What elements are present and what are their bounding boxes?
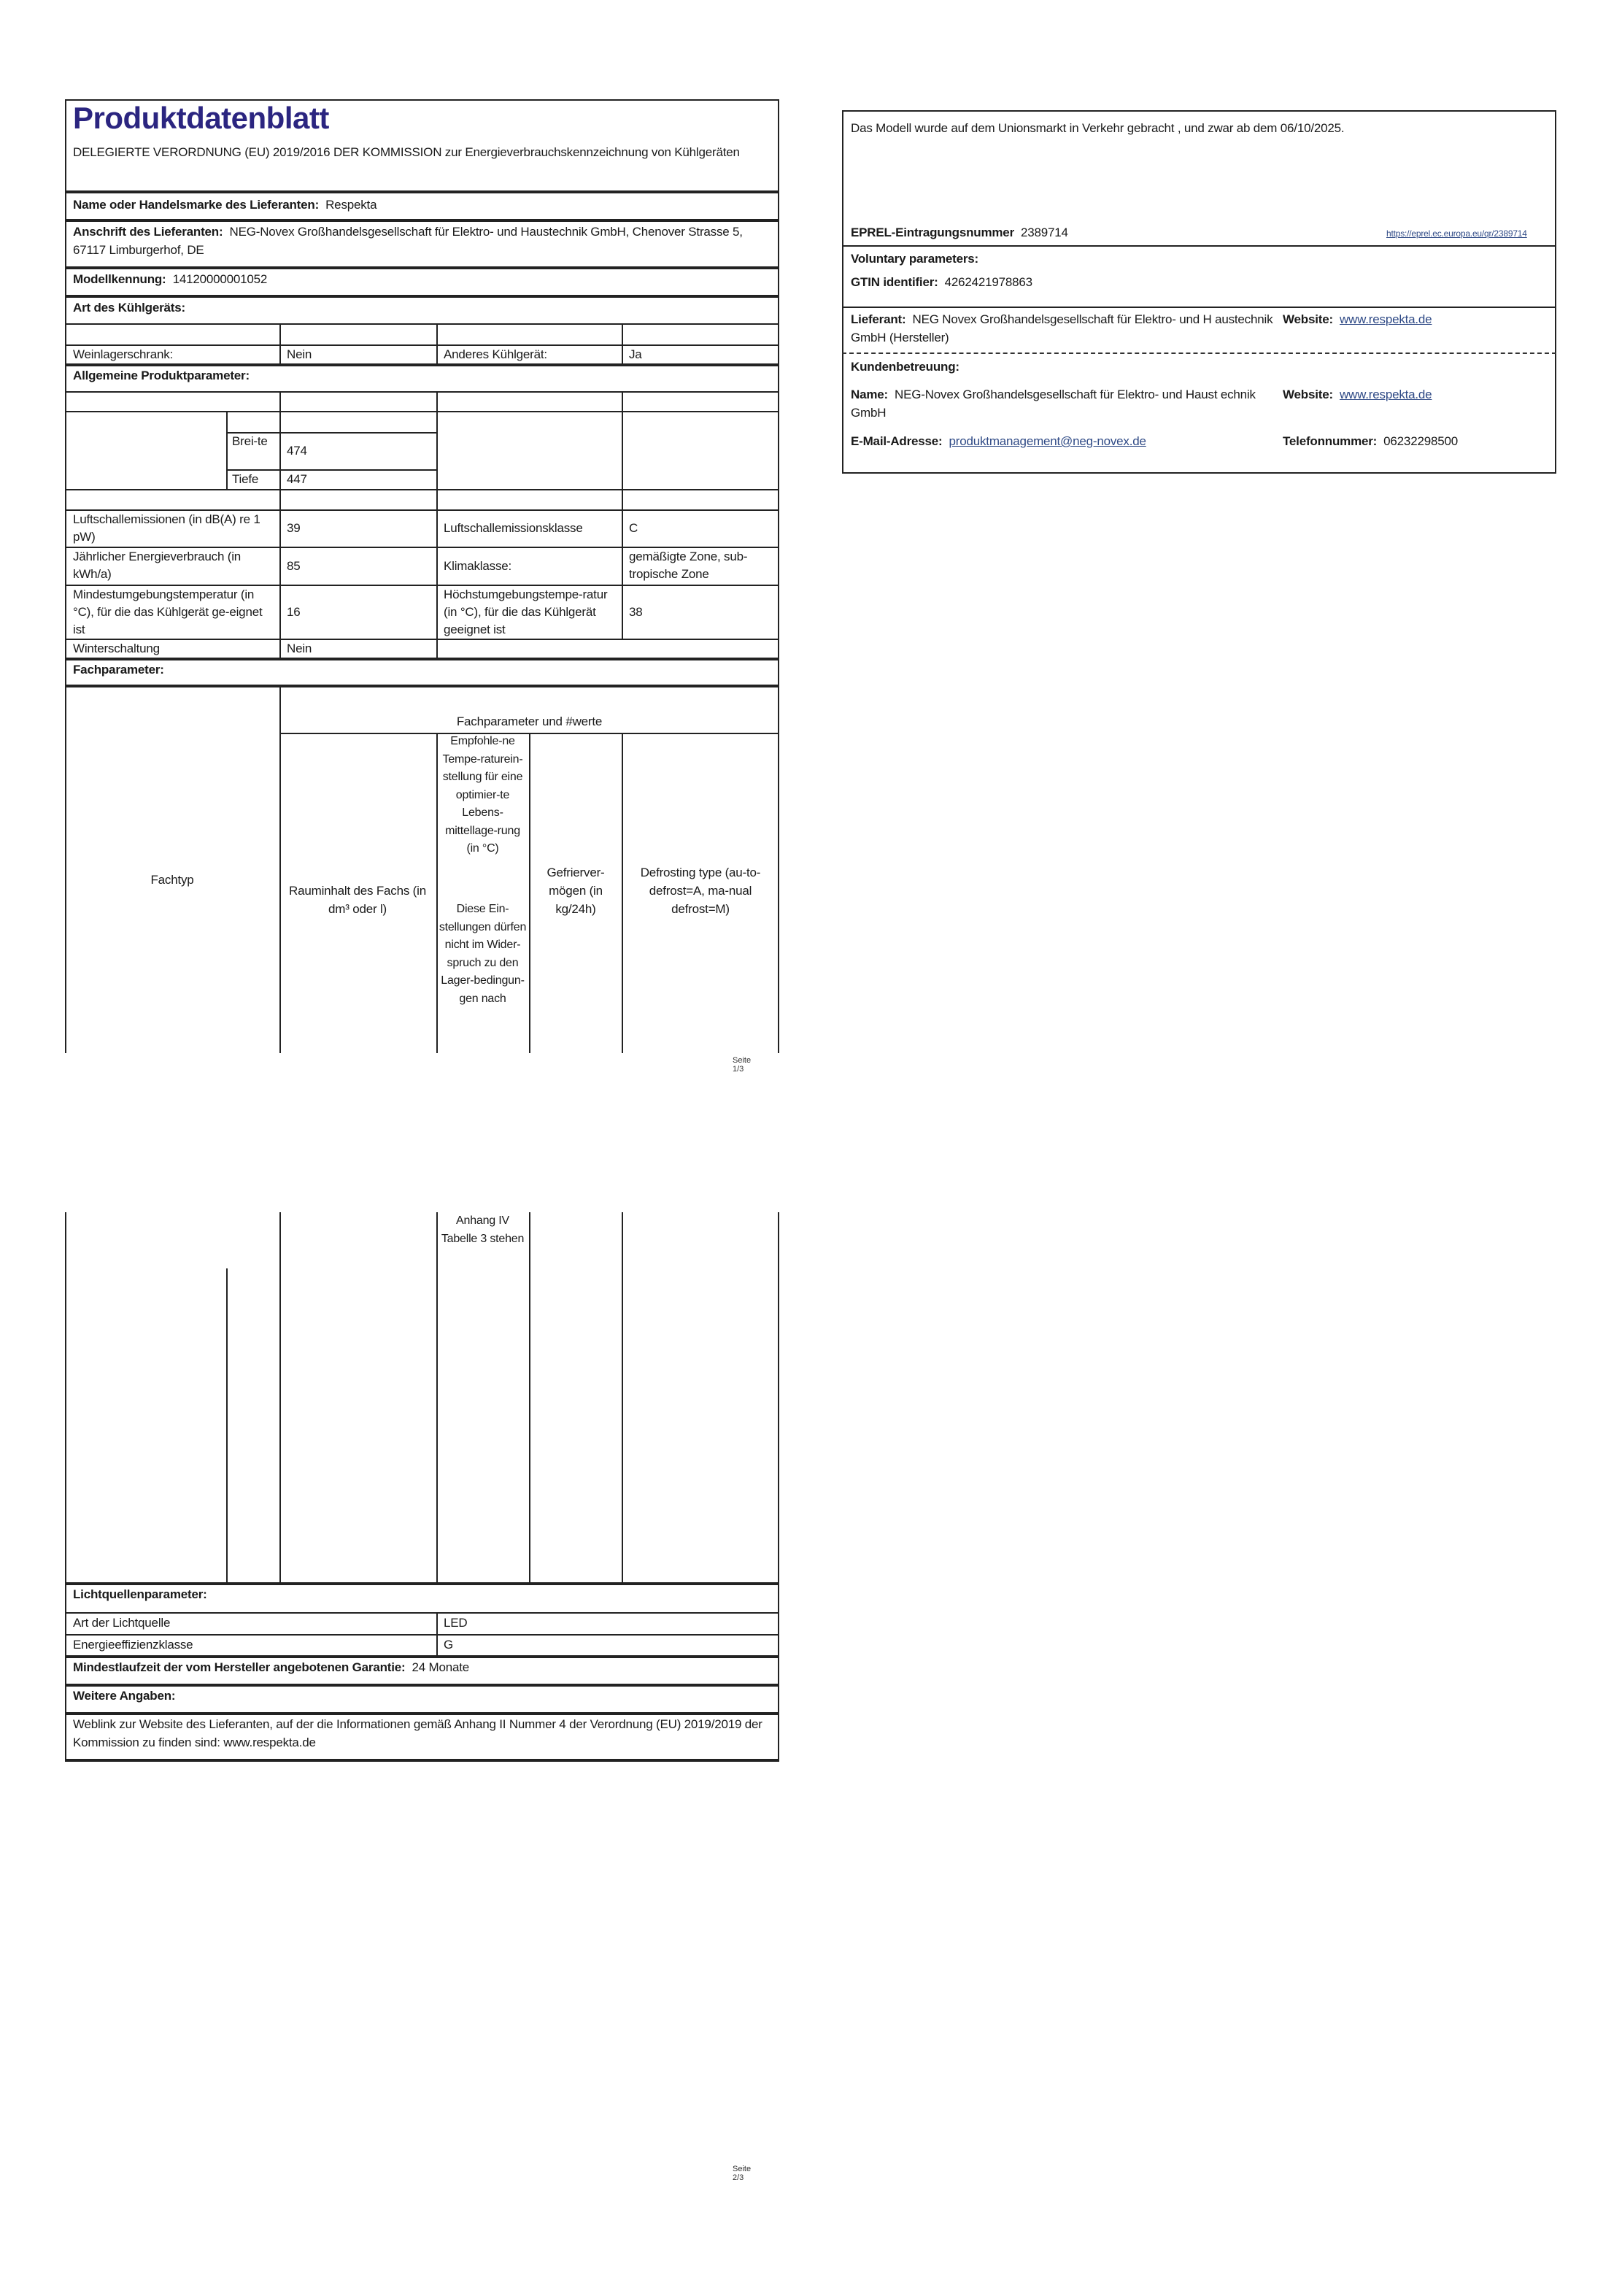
- table-border-right: [778, 1583, 779, 1760]
- width-label: Brei-te: [232, 433, 269, 450]
- email-link[interactable]: produktmanagement@neg-novex.de: [949, 434, 1146, 448]
- divider: [65, 685, 779, 687]
- supplier-row: Lieferant: NEG Novex Großhandelsgesellsc…: [851, 310, 1274, 347]
- warranty-row: Mindestlaufzeit der vom Hersteller angeb…: [73, 1658, 469, 1676]
- table-border-bottom: [842, 472, 1556, 474]
- warranty-value: 24 Monate: [412, 1660, 470, 1674]
- min-temp-value: 16: [287, 603, 301, 621]
- winter-value: Nein: [287, 639, 312, 658]
- col-divider: [529, 1212, 530, 1583]
- gtin-row: GTIN identifier: 4262421978863: [851, 273, 1032, 291]
- website2-label: Website:: [1283, 388, 1333, 401]
- divider: [65, 219, 779, 222]
- noise-class-label: Luftschallemissionsklasse: [444, 519, 583, 537]
- divider: [65, 391, 779, 393]
- winter-label: Winterschaltung: [73, 639, 160, 658]
- col-divider: [279, 323, 281, 364]
- qr-code-icon[interactable]: [1454, 130, 1533, 209]
- name-row: Name: NEG-Novex Großhandelsgesellschaft …: [851, 385, 1274, 422]
- customer-heading: Kundenbetreuung:: [851, 358, 959, 376]
- divider: [65, 1612, 779, 1614]
- max-temp-value: 38: [629, 603, 643, 621]
- website-label: Website:: [1283, 312, 1333, 326]
- email-row: E-Mail-Adresse: produktmanagement@neg-no…: [851, 432, 1146, 450]
- col-divider: [622, 391, 623, 639]
- page-number: Seite 2/3: [733, 2165, 751, 2182]
- divider: [65, 323, 779, 325]
- col-divider: [436, 1612, 438, 1656]
- divider: [65, 639, 779, 640]
- col-divider: [226, 1268, 228, 1583]
- col-header-freeze: Gefrierver-mögen (in kg/24h): [533, 863, 619, 918]
- noise-label: Luftschallemissionen (in dB(A) re 1 pW): [73, 511, 274, 546]
- appliance-type-heading: Art des Kühlgeräts:: [73, 298, 185, 317]
- name-label: Name:: [851, 388, 888, 401]
- eprel-link[interactable]: https://eprel.ec.europa.eu/qr/2389714: [1386, 225, 1527, 243]
- col-divider: [279, 685, 281, 1053]
- supplier-name-row: Name oder Handelsmarke des Lieferanten: …: [73, 196, 376, 214]
- col-divider: [622, 1212, 623, 1583]
- divider: [65, 489, 779, 490]
- divider: [65, 295, 779, 298]
- col-divider: [226, 411, 228, 489]
- compartment-heading: Fachparameter:: [73, 660, 164, 679]
- divider: [65, 190, 779, 193]
- depth-value: 447: [287, 470, 307, 488]
- wine-cabinet-label: Weinlagerschrank:: [73, 345, 173, 363]
- name-value: NEG-Novex Großhandelsgesellschaft für El…: [851, 388, 1256, 420]
- further-text: Weblink zur Website des Lieferanten, auf…: [73, 1715, 773, 1752]
- gtin-value: 4262421978863: [945, 275, 1032, 289]
- website2-row: Website: www.respekta.de: [1283, 385, 1432, 404]
- energy-value: 85: [287, 557, 301, 575]
- phone-value: 06232298500: [1383, 434, 1458, 448]
- col-divider: [436, 391, 438, 658]
- col-divider: [436, 1212, 438, 1583]
- table-border-left: [842, 110, 843, 473]
- dashed-divider: [842, 353, 1556, 354]
- phone-row: Telefonnummer: 06232298500: [1283, 432, 1458, 450]
- general-heading: Allgemeine Produktparameter:: [73, 366, 250, 385]
- divider: [65, 658, 779, 660]
- model-row: Modellkennung: 14120000001052: [73, 270, 267, 288]
- supplier-label: Lieferant:: [851, 312, 905, 326]
- model-label: Modellkennung:: [73, 272, 166, 286]
- light-class-label: Energieeffizienzklasse: [73, 1636, 193, 1654]
- divider: [65, 411, 779, 412]
- col-divider: [622, 323, 623, 364]
- light-type-label: Art der Lichtquelle: [73, 1614, 170, 1632]
- light-type-value: LED: [444, 1614, 467, 1632]
- website-row: Website: www.respekta.de: [1283, 310, 1432, 328]
- width-value: 474: [287, 442, 307, 460]
- market-text: Das Modell wurde auf dem Unionsmarkt in …: [851, 119, 1344, 137]
- other-appliance-value: Ja: [629, 345, 642, 363]
- gtin-label: GTIN identifier:: [851, 275, 938, 289]
- noise-class-value: C: [629, 519, 638, 537]
- email-label: E-Mail-Adresse:: [851, 434, 942, 448]
- max-temp-label: Höchstumgebungstempe-ratur (in °C), für …: [444, 586, 619, 639]
- page-title: Produktdatenblatt: [73, 101, 329, 136]
- noise-value: 39: [287, 519, 301, 537]
- energy-label: Jährlicher Energieverbrauch (in kWh/a): [73, 548, 277, 583]
- eprel-label: EPREL-Eintragungsnummer: [851, 226, 1014, 239]
- compartment-group-header: Fachparameter und #werte: [279, 712, 779, 731]
- voluntary-heading: Voluntary parameters:: [851, 250, 978, 268]
- website2-link[interactable]: www.respekta.de: [1340, 388, 1432, 401]
- website-link[interactable]: www.respekta.de: [1340, 312, 1432, 326]
- table-border-bottom: [65, 1759, 779, 1762]
- regulation-text: DELEGIERTE VERORDNUNG (EU) 2019/2016 DER…: [73, 143, 759, 161]
- col-divider: [279, 391, 281, 658]
- col-header-defrost: Defrosting type (au-to-defrost=A, ma-nua…: [627, 863, 773, 918]
- supplier-name-label: Name oder Handelsmarke des Lieferanten:: [73, 198, 319, 212]
- table-border-left: [65, 1212, 66, 1760]
- other-appliance-label: Anderes Kühlgerät:: [444, 345, 547, 363]
- table-border-right: [778, 1212, 779, 1583]
- phone-label: Telefonnummer:: [1283, 434, 1377, 448]
- col-header-temp-note: Diese Ein-stellungen dürfen nicht im Wid…: [438, 901, 528, 1008]
- col-divider: [529, 733, 530, 1053]
- col-divider: [436, 323, 438, 364]
- table-border-top: [842, 110, 1556, 112]
- light-heading: Lichtquellenparameter:: [73, 1585, 207, 1603]
- table-border-right: [1555, 110, 1556, 473]
- table-border-right: [778, 99, 779, 1053]
- divider: [842, 245, 1556, 247]
- climate-label: Klimaklasse:: [444, 557, 511, 575]
- min-temp-label: Mindestumgebungstemperatur (in °C), für …: [73, 586, 277, 639]
- supplier-address-label: Anschrift des Lieferanten:: [73, 225, 223, 239]
- light-class-value: G: [444, 1636, 453, 1654]
- divider: [65, 266, 779, 269]
- col-header-volume: Rauminhalt des Fachs (in dm³ oder l): [285, 882, 430, 918]
- further-heading: Weitere Angaben:: [73, 1687, 175, 1705]
- supplier-name-value: Respekta: [325, 198, 376, 212]
- col-header-type: Fachtyp: [65, 871, 279, 889]
- table-border-left: [65, 99, 66, 1053]
- climate-value: gemäßigte Zone, sub-tropische Zone: [629, 548, 775, 583]
- col-divider: [622, 733, 623, 1053]
- warranty-label: Mindestlaufzeit der vom Hersteller angeb…: [73, 1660, 405, 1674]
- eprel-row: EPREL-Eintragungsnummer 2389714: [851, 223, 1068, 242]
- wine-cabinet-value: Nein: [287, 345, 312, 363]
- eprel-value: 2389714: [1021, 226, 1068, 239]
- supplier-address-row: Anschrift des Lieferanten: NEG-Novex Gro…: [73, 223, 766, 259]
- col-divider: [279, 1212, 281, 1583]
- col-header-temp-continued: Anhang IV Tabelle 3 stehen: [438, 1212, 528, 1248]
- supplier-value: NEG Novex Großhandelsgesellschaft für El…: [851, 312, 1273, 344]
- divider: [842, 307, 1556, 308]
- depth-label: Tiefe: [232, 470, 258, 488]
- model-value: 14120000001052: [173, 272, 268, 286]
- page-number: Seite 1/3: [733, 1056, 751, 1074]
- col-header-temp: Empfohle-ne Tempe-raturein-stellung für …: [438, 733, 528, 858]
